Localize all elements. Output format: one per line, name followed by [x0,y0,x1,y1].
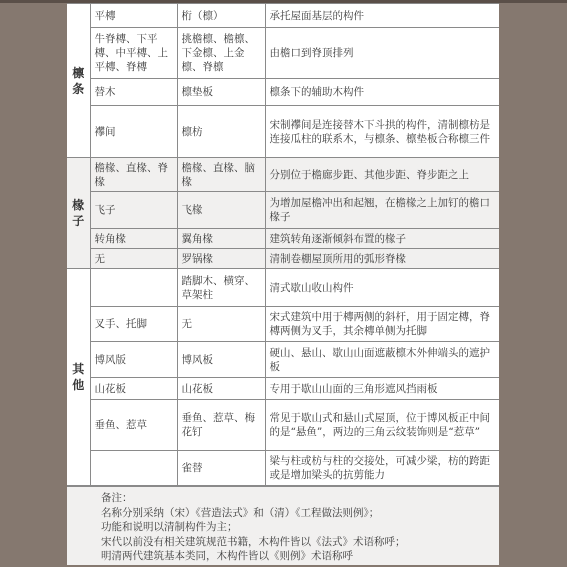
qing-name-cell: 翼角椽 [177,229,265,249]
qing-name-cell: 飞椽 [177,192,265,229]
notes-line: 宋代以前没有相关建筑规范书籍，木构件皆以《法式》术语称呼； [101,535,499,550]
song-name-cell: 襻间 [90,106,177,158]
table-row: 叉手、托脚 无 宋式建筑中用于槫两侧的斜杆，用于固定槫，脊槫两侧为叉手，其余槫单… [67,307,499,342]
qing-name-cell: 挑檐檩、檐檩、下金檩、上金檩、脊檩 [177,28,265,79]
table-row: 垂鱼、惹草 垂鱼、惹草、梅花钉 常见于歇山式和悬山式屋顶，位于博风板正中间的是“… [67,400,499,451]
description-cell: 清制卷棚屋顶所用的弧形脊椽 [265,249,499,269]
description-cell: 分别位于檐廊步距、其他步距、脊步距之上 [265,158,499,192]
qing-name-cell: 雀替 [177,451,265,486]
song-name-cell: 博风版 [90,342,177,378]
description-cell: 宋式建筑中用于槫两侧的斜杆，用于固定槫，脊槫两侧为叉手，其余槫单侧为托脚 [265,307,499,342]
document-page: 檩条 平槫 桁（檩） 承托屋面基层的构件 牛脊槫、下平槫、中平槫、上平槫、脊槫 … [67,3,499,565]
notes-block: 备注： 名称分别采纳（宋）《营造法式》和（清）《工程做法则例》； 功能和说明以清… [67,486,499,565]
qing-name-cell: 博风板 [177,342,265,378]
table-row: 无 罗锅椽 清制卷棚屋顶所用的弧形脊椽 [67,249,499,269]
table-row: 檩条 平槫 桁（檩） 承托屋面基层的构件 [67,4,499,28]
qing-name-cell: 无 [177,307,265,342]
song-name-cell: 替木 [90,79,177,106]
qing-name-cell: 檐椽、直椽、脑椽 [177,158,265,192]
song-name-cell: 牛脊槫、下平槫、中平槫、上平槫、脊槫 [90,28,177,79]
song-name-cell [90,451,177,486]
table-row: 牛脊槫、下平槫、中平槫、上平槫、脊槫 挑檐檩、檐檩、下金檩、上金檩、脊檩 由檐口… [67,28,499,79]
song-name-cell: 垂鱼、惹草 [90,400,177,451]
table-row: 博风版 博风板 硬山、悬山、歇山山面遮蔽檩木外伸端头的遮护板 [67,342,499,378]
table-row: 替木 檩垫板 檩条下的辅助木构件 [67,79,499,106]
description-cell: 宋制襻间是连接替木下斗拱的构件，清制檩枋是连接瓜柱的联系木，与檩条、檩垫板合称檩… [265,106,499,158]
table-row: 其他 踏脚木、横穿、草架柱 清式歇山收山构件 [67,269,499,307]
description-cell: 硬山、悬山、歇山山面遮蔽檩木外伸端头的遮护板 [265,342,499,378]
song-name-cell: 无 [90,249,177,269]
category-cell: 椽子 [67,158,90,269]
qing-name-cell: 踏脚木、横穿、草架柱 [177,269,265,307]
notes-line: 名称分别采纳（宋）《营造法式》和（清）《工程做法则例》； [101,506,499,521]
table-row: 襻间 檩枋 宋制襻间是连接替木下斗拱的构件，清制檩枋是连接瓜柱的联系木，与檩条、… [67,106,499,158]
description-cell: 承托屋面基层的构件 [265,4,499,28]
notes-line: 功能和说明以清制构件为主； [101,520,499,535]
description-cell: 由檐口到脊顶排列 [265,28,499,79]
description-cell: 清式歇山收山构件 [265,269,499,307]
category-cell: 檩条 [67,4,90,158]
table-row: 飞子 飞椽 为增加屋檐冲出和起翘，在檐椽之上加钉的檐口椽子 [67,192,499,229]
category-cell: 其他 [67,269,90,486]
description-cell: 建筑转角逐渐倾斜布置的椽子 [265,229,499,249]
qing-name-cell: 山花板 [177,378,265,400]
song-name-cell: 檐椽、直椽、脊椽 [90,158,177,192]
song-name-cell: 山花板 [90,378,177,400]
song-name-cell: 转角椽 [90,229,177,249]
table-row: 转角椽 翼角椽 建筑转角逐渐倾斜布置的椽子 [67,229,499,249]
table-row: 山花板 山花板 专用于歇山山面的三角形遮风挡雨板 [67,378,499,400]
description-cell: 专用于歇山山面的三角形遮风挡雨板 [265,378,499,400]
qing-name-cell: 垂鱼、惹草、梅花钉 [177,400,265,451]
description-cell: 常见于歇山式和悬山式屋顶，位于博风板正中间的是“悬鱼”，两边的三角云纹装饰则是“… [265,400,499,451]
table-row: 雀替 梁与柱或枋与柱的交接处，可减少梁，枋的跨距或是增加梁头的抗剪能力 [67,451,499,486]
qing-name-cell: 檩垫板 [177,79,265,106]
song-name-cell: 平槫 [90,4,177,28]
description-cell: 为增加屋檐冲出和起翘，在檐椽之上加钉的檐口椽子 [265,192,499,229]
qing-name-cell: 檩枋 [177,106,265,158]
song-name-cell: 飞子 [90,192,177,229]
description-cell: 檩条下的辅助木构件 [265,79,499,106]
song-name-cell: 叉手、托脚 [90,307,177,342]
component-table: 檩条 平槫 桁（檩） 承托屋面基层的构件 牛脊槫、下平槫、中平槫、上平槫、脊槫 … [67,3,499,486]
qing-name-cell: 罗锅椽 [177,249,265,269]
qing-name-cell: 桁（檩） [177,4,265,28]
notes-title: 备注： [101,491,499,506]
notes-line: 明清两代建筑基本类同，木构件皆以《则例》术语称呼 [101,549,499,564]
song-name-cell [90,269,177,307]
description-cell: 梁与柱或枋与柱的交接处，可减少梁，枋的跨距或是增加梁头的抗剪能力 [265,451,499,486]
table-row: 椽子 檐椽、直椽、脊椽 檐椽、直椽、脑椽 分别位于檐廊步距、其他步距、脊步距之上 [67,158,499,192]
